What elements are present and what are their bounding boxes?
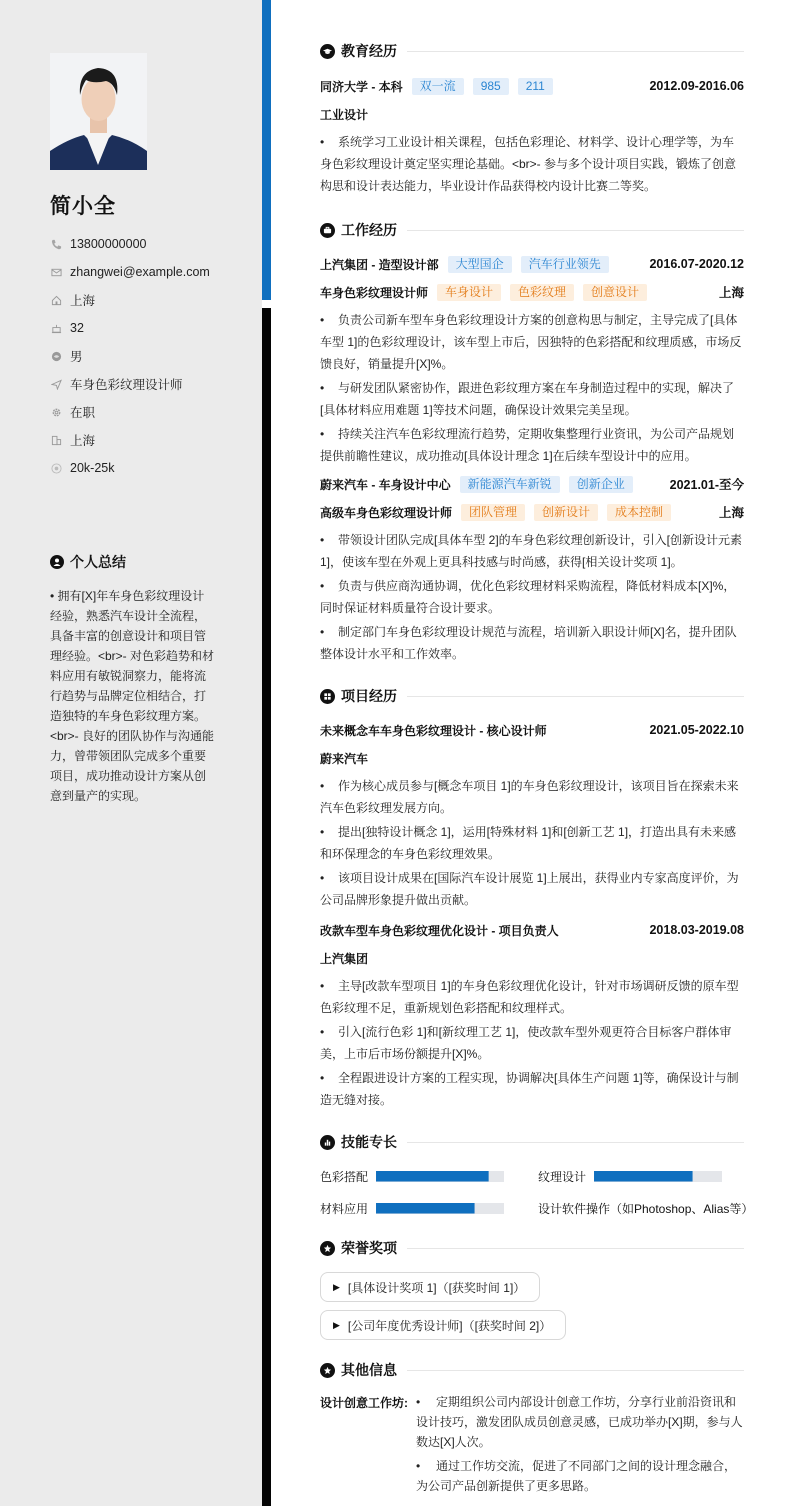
info-icon — [320, 1363, 335, 1378]
job-location: 上海 — [719, 503, 744, 521]
job-date: 2021.01-至今 — [670, 475, 744, 493]
section-education: 教育经历 — [320, 41, 744, 61]
other-bullets: •定期组织公司内部设计创意工作坊，分享行业前沿资讯和设计技巧，激发团队成员创意灵… — [416, 1392, 744, 1500]
tag: 新能源汽车新锐 — [460, 476, 560, 493]
project-org: 蔚来汽车 — [320, 748, 744, 768]
contact-list: 13800000000 zhangwei@example.com 上海 32 男… — [50, 230, 255, 482]
send-icon — [50, 378, 62, 390]
award-item[interactable]: ▶ [公司年度优秀设计师]（[获奖时间 2]） — [320, 1310, 566, 1340]
avatar-photo — [50, 53, 147, 170]
skill-progress-bar — [376, 1171, 504, 1182]
section-projects: 项目经历 — [320, 686, 744, 706]
skill-progress-fill — [376, 1203, 475, 1214]
skill-progress-fill — [594, 1171, 693, 1182]
divider-bar — [262, 308, 271, 1506]
skill-item: 设计软件操作（如Photoshop、Alias等） — [538, 1198, 753, 1218]
section-divider — [407, 51, 744, 52]
tag: 创意设计 — [583, 284, 647, 301]
user-icon — [50, 555, 64, 569]
gender-icon — [50, 350, 62, 362]
section-work: 工作经历 — [320, 220, 744, 240]
contact-email: zhangwei@example.com — [50, 258, 255, 286]
skill-item: 色彩搭配 — [320, 1166, 504, 1186]
cake-icon — [50, 322, 62, 334]
education-date: 2012.09-2016.06 — [649, 79, 744, 93]
contact-age: 32 — [50, 314, 255, 342]
candidate-name: 简小全 — [50, 190, 116, 220]
other-label: 设计创意工作坊: — [320, 1394, 408, 1411]
section-skills: 技能专长 — [320, 1132, 744, 1152]
contact-salary: 20k-25k — [50, 454, 255, 482]
phone-icon — [50, 238, 62, 250]
tag: 双一流 — [412, 78, 464, 95]
job-location: 上海 — [719, 283, 744, 301]
expand-triangle-icon: ▶ — [333, 1282, 340, 1293]
section-awards: 荣誉奖项 — [320, 1238, 744, 1258]
job-role: 高级车身色彩纹理设计师 团队管理 创新设计 成本控制 上海 — [320, 502, 744, 522]
skill-item: 纹理设计 — [538, 1166, 722, 1186]
home-icon — [50, 294, 62, 306]
contact-status: 在职 — [50, 398, 255, 426]
summary-heading: 个人总结 — [50, 552, 126, 572]
project-date: 2021.05-2022.10 — [649, 723, 744, 737]
section-divider — [407, 1248, 744, 1249]
skill-progress-bar — [594, 1171, 722, 1182]
tag: 211 — [518, 78, 553, 95]
skill-item: 材料应用 — [320, 1198, 504, 1218]
award-item[interactable]: ▶ [具体设计奖项 1]（[获奖时间 1]） — [320, 1272, 540, 1302]
contact-position: 车身色彩纹理设计师 — [50, 370, 255, 398]
job-role: 车身色彩纹理设计师 车身设计 色彩纹理 创意设计 上海 — [320, 282, 744, 302]
tag: 车身设计 — [437, 284, 501, 301]
tag: 成本控制 — [607, 504, 671, 521]
section-divider — [407, 1370, 744, 1371]
award-icon — [320, 1241, 335, 1256]
skill-progress-fill — [376, 1171, 489, 1182]
tag: 985 — [473, 78, 509, 95]
expand-triangle-icon: ▶ — [333, 1320, 340, 1331]
project-org: 上汽集团 — [320, 948, 744, 968]
tag: 创新设计 — [534, 504, 598, 521]
section-divider — [407, 230, 744, 231]
education-header: 同济大学 - 本科 双一流 985 211 2012.09-2016.06 — [320, 76, 744, 96]
tag: 色彩纹理 — [510, 284, 574, 301]
building-icon — [50, 434, 62, 446]
job-header: 蔚来汽车 - 车身设计中心 新能源汽车新锐 创新企业 2021.01-至今 — [320, 474, 744, 494]
contact-city: 上海 — [50, 426, 255, 454]
project-header: 未来概念车车身色彩纹理设计 - 核心设计师 2021.05-2022.10 — [320, 720, 744, 740]
contact-home: 上海 — [50, 286, 255, 314]
tag: 创新企业 — [569, 476, 633, 493]
tag: 大型国企 — [448, 256, 512, 273]
gear-icon — [50, 406, 62, 418]
section-other: 其他信息 — [320, 1360, 744, 1380]
education-bullets: •系统学习工业设计相关课程，包括色彩理论、材料学、设计心理学等，为车身色彩纹理设… — [320, 131, 744, 199]
salary-icon — [50, 462, 62, 474]
mail-icon — [50, 266, 62, 278]
job-date: 2016.07-2020.12 — [649, 257, 744, 271]
project-bullets: •作为核心成员参与[概念车项目 1]的车身色彩纹理设计，该项目旨在探索未来汽车色… — [320, 775, 744, 913]
contact-gender: 男 — [50, 342, 255, 370]
accent-bar — [262, 0, 271, 300]
job-header: 上汽集团 - 造型设计部 大型国企 汽车行业领先 2016.07-2020.12 — [320, 254, 744, 274]
section-divider — [407, 1142, 744, 1143]
summary-text: • 拥有[X]年车身色彩纹理设计经验，熟悉汽车设计全流程，具备丰富的创意设计和项… — [50, 586, 215, 806]
project-header: 改款车型车身色彩纹理优化设计 - 项目负责人 2018.03-2019.08 — [320, 920, 744, 940]
tag: 团队管理 — [461, 504, 525, 521]
grid-icon — [320, 689, 335, 704]
bar-chart-icon — [320, 1135, 335, 1150]
job-bullets: •负责公司新车型车身色彩纹理设计方案的创意构思与制定，主导完成了[具体车型 1]… — [320, 309, 744, 469]
section-divider — [407, 696, 744, 697]
job-bullets: •带领设计团队完成[具体车型 2]的车身色彩纹理创新设计，引入[创新设计元素 1… — [320, 529, 744, 667]
education-major: 工业设计 — [320, 104, 744, 124]
project-date: 2018.03-2019.08 — [649, 923, 744, 937]
tag: 汽车行业领先 — [521, 256, 609, 273]
contact-phone: 13800000000 — [50, 230, 255, 258]
briefcase-icon — [320, 223, 335, 238]
project-bullets: •主导[改款车型项目 1]的车身色彩纹理优化设计，针对市场调研反馈的原车型色彩纹… — [320, 975, 744, 1113]
graduation-cap-icon — [320, 44, 335, 59]
skill-progress-bar — [376, 1203, 504, 1214]
